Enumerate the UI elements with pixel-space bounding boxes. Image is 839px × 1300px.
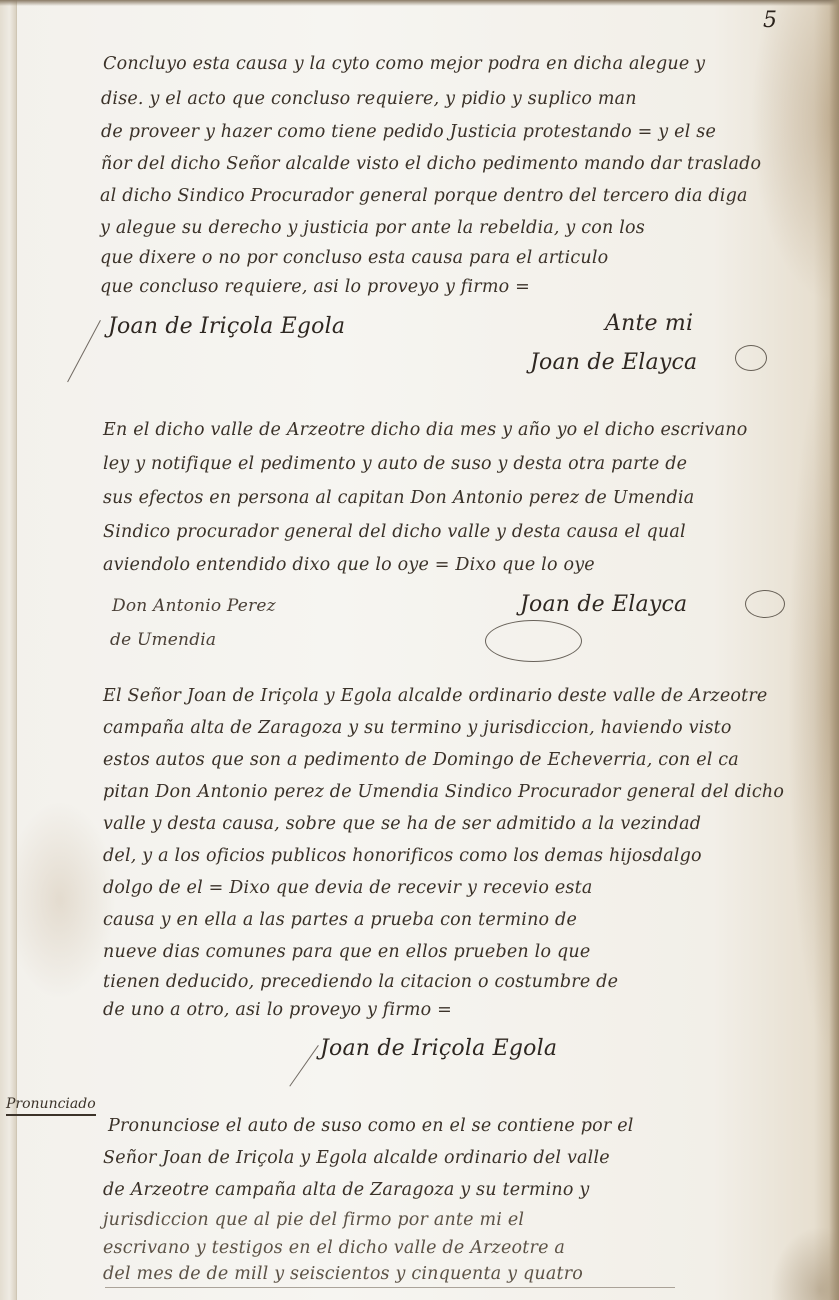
signature-alcalde: Joan de Iriçola Egola [108,316,345,338]
bottom-rule [105,1287,675,1288]
text-line: de Arzeotre campaña alta de Zaragoza y s… [103,1182,589,1200]
text-line: al dicho Sindico Procurador general porq… [100,188,748,206]
rubric-mark [735,345,767,371]
signature-escribano-2: Joan de Elayca [520,594,687,616]
rubric-mark [745,590,785,618]
text-line: nueve dias comunes para que en ellos pru… [103,944,590,962]
signature-sindico-line2: de Umendia [110,632,216,649]
text-line: dolgo de el = Dixo que devia de recevir … [103,880,592,898]
text-line: Concluyo esta causa y la cyto como mejor… [103,56,705,74]
text-line: El Señor Joan de Iriçola y Egola alcalde… [103,688,767,706]
signature-ante-mi: Ante mi [605,313,693,335]
rubric-loop [485,620,582,662]
signature-alcalde-2: Joan de Iriçola Egola [320,1038,557,1060]
page-top-edge [0,0,839,6]
text-line: ñor del dicho Señor alcalde visto el dic… [101,156,761,174]
folio-number: 5 [763,8,777,33]
text-line: y alegue su derecho y justicia por ante … [100,220,645,238]
text-line: estos autos que son a pedimento de Domin… [103,752,739,770]
text-line: Sindico procurador general del dicho val… [103,524,686,542]
text-line: Pronunciose el auto de suso como en el s… [108,1118,634,1136]
text-line: campaña alta de Zaragoza y su termino y … [103,720,732,738]
text-line: que concluso requiere, asi lo proveyo y … [100,279,530,297]
text-line: jurisdiccion que al pie del firmo por an… [103,1212,524,1230]
text-line: aviendolo entendido dixo que lo oye = Di… [103,557,595,575]
text-line: Señor Joan de Iriçola y Egola alcalde or… [103,1150,610,1168]
text-line: En el dicho valle de Arzeotre dicho dia … [103,422,748,440]
text-line: dise. y el acto que concluso requiere, y… [101,91,637,109]
manuscript-page: 5 Concluyo esta causa y la cyto como mej… [0,0,839,1300]
text-line: de proveer y hazer como tiene pedido Jus… [101,124,716,142]
text-line: que dixere o no por concluso esta causa … [100,250,608,268]
margin-note: Pronunciado [6,1096,96,1116]
text-line: del, y a los oficios publicos honorifico… [103,848,702,866]
text-line: de uno a otro, asi lo proveyo y firmo = [103,1002,452,1020]
text-line: causa y en ella a las partes a prueba co… [103,912,577,930]
text-line: ley y notifique el pedimento y auto de s… [103,456,687,474]
signature-escribano: Joan de Elayca [530,352,697,374]
text-line: tienen deducido, precediendo la citacion… [103,974,618,992]
page-right-edge [829,0,839,1300]
text-line: valle y desta causa, sobre que se ha de … [103,816,701,834]
text-line: pitan Don Antonio perez de Umendia Sindi… [103,784,784,802]
text-line: del mes de de mill y seiscientos y cinqu… [103,1266,583,1284]
signature-sindico-line1: Don Antonio Perez [112,598,276,615]
text-line: sus efectos en persona al capitan Don An… [103,490,694,508]
text-line: escrivano y testigos en el dicho valle d… [103,1240,565,1258]
signature-flourish [67,320,101,382]
signature-flourish [289,1045,318,1087]
